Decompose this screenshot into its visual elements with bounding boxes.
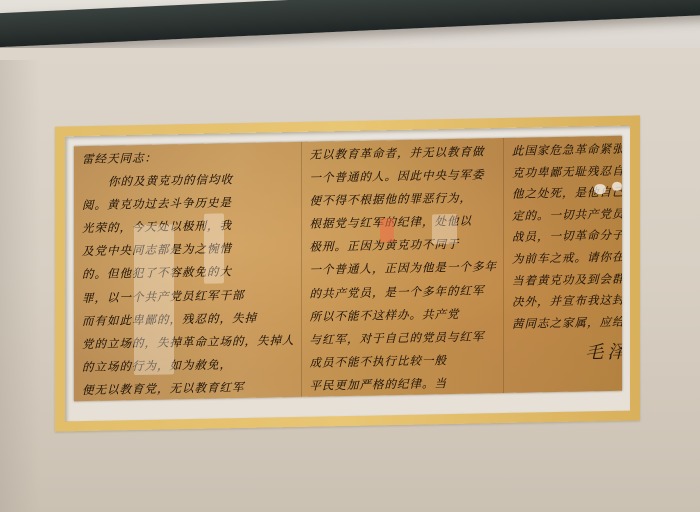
letter-line: 当着黄克功及到会群众，除宣布法庭判 [512,269,622,287]
letter-line: 雷经天同志： [82,148,295,166]
letter-line: 而有如此卑鄙的，残忍的，失掉 [82,310,295,328]
mat-shadow [0,60,40,512]
letter-line: 党的立场的，失掉革命立场的，失掉人 [82,333,295,351]
letter-line: 罪，以一个共产党员红军干部 [82,287,295,305]
letter-line: 光荣的，今天处以极刑，我 [82,217,295,235]
letter-page-3: 此国家危急革命紧张之时，黄 克功卑鄙无耻残忍自私至如此程度， 他之处死，是他自己… [504,136,622,393]
signature: 毛泽东 [585,338,622,365]
letter-line: 决外，并宣布我这封信。对刘 [512,291,622,309]
letter-line: 的共产党员，是一个多年的红军 [310,283,498,301]
letter-line: 一个普通人，正因为他是一个多年 [310,260,498,278]
letter-page-2: 无以教育革命者，并无以教育做 一个普通的人。因此中央与军委 便不得不根据他的罪恶… [302,138,505,397]
letter-line: 茜同志之家属，应给以安慰与抚恤。 [512,313,622,331]
letter-line: 战员，一切革命分子，都要以黄克功 [512,226,622,244]
letter-line: 一个普通的人。因此中央与军委 [310,167,498,185]
handwritten-letter: 雷经天同志： 你的及黄克功的信均收 阅。黄克功过去斗争历史是 光荣的，今天处以极… [74,136,622,402]
letter-line: 为前车之戒。请你在公审会上， [512,248,622,266]
letter-page-1: 雷经天同志： 你的及黄克功的信均收 阅。黄克功过去斗争历史是 光荣的，今天处以极… [74,142,302,401]
letter-line: 他之处死，是他自己的行为决 [512,183,622,201]
letter-line: 克功卑鄙无耻残忍自私至如此程度， [512,161,622,179]
letter-line: 定的。一切共产党员，一切红军指 [512,205,622,223]
letter-line: 及党中央同志都是为之惋惜 [82,240,295,258]
letter-line: 无以教育革命者，并无以教育做 [310,144,498,162]
letter-line: 平民更加严格的纪律。当 [310,375,498,393]
gold-inner-frame: 雷经天同志： 你的及黄克功的信均收 阅。黄克功过去斗争历史是 光荣的，今天处以极… [55,115,640,431]
letter-line: 与红军，对于自己的党员与红军 [310,329,498,347]
letter-line: 阅。黄克功过去斗争历史是 [82,194,295,212]
letter-line: 所以不能不这样办。共产党 [310,306,498,324]
letter-line: 成员不能不执行比较一般 [310,352,498,370]
letter-line: 的立场的行为，如为赦免， [82,356,295,374]
letter-line: 便无以教育党，无以教育红军 [82,379,295,397]
letter-line: 根据党与红军的纪律，处他以 [310,213,498,231]
letter-line: 的。但他犯了不容赦免的大 [82,263,295,281]
letter-line: 此国家危急革命紧张之时，黄 [512,140,622,158]
letter-line: 极刑。正因为黄克功不同于 [310,237,498,255]
letter-line: 你的及黄克功的信均收 [82,171,295,189]
letter-line: 便不得不根据他的罪恶行为， [310,190,498,208]
